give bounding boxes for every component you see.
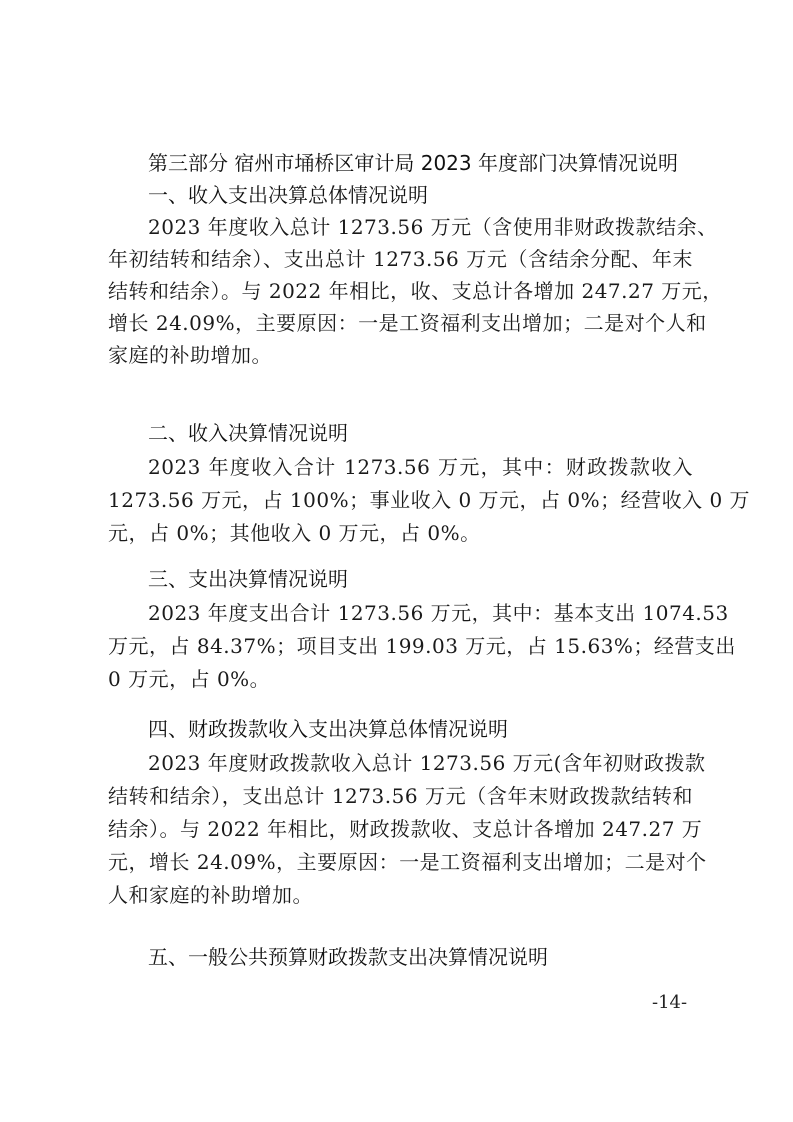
paragraph-line: 元，占 0%；其他收入 0 万元，占 0%。 <box>108 518 693 548</box>
paragraph-line: 1273.56 万元，占 100%；事业收入 0 万元，占 0%；经营收入 0 … <box>108 485 693 515</box>
part-title: 第三部分 宿州市埇桥区审计局 2023 年度部门决算情况说明 <box>148 148 693 178</box>
paragraph-line: 0 万元，占 0%。 <box>108 664 693 694</box>
paragraph-line: 年初结转和结余）、支出总计 1273.56 万元（含结余分配、年末 <box>108 244 693 274</box>
paragraph-line: 2023 年度财政拨款收入总计 1273.56 万元(含年初财政拨款 <box>148 748 693 778</box>
section-heading-3: 三、支出决算情况说明 <box>148 564 693 594</box>
paragraph-line: 增长 24.09%，主要原因：一是工资福利支出增加；二是对个人和 <box>108 308 693 338</box>
paragraph-line: 结转和结余）。与 2022 年相比，收、支总计各增加 247.27 万元， <box>108 276 693 306</box>
paragraph-line: 元，增长 24.09%，主要原因：一是工资福利支出增加；二是对个 <box>108 847 693 877</box>
document-page: 第三部分 宿州市埇桥区审计局 2023 年度部门决算情况说明 一、收入支出决算总… <box>0 0 793 1122</box>
paragraph-line: 人和家庭的补助增加。 <box>108 880 693 910</box>
paragraph-line: 2023 年度收入合计 1273.56 万元，其中：财政拨款收入 <box>148 452 693 482</box>
page-number: -14- <box>652 992 687 1013</box>
paragraph-line: 结余）。与 2022 年相比，财政拨款收、支总计各增加 247.27 万 <box>108 814 693 844</box>
section-heading-4: 四、财政拨款收入支出决算总体情况说明 <box>148 714 693 744</box>
paragraph-line: 2023 年度收入总计 1273.56 万元（含使用非财政拨款结余、 <box>148 212 693 242</box>
paragraph-line: 结转和结余），支出总计 1273.56 万元（含年末财政拨款结转和 <box>108 781 693 811</box>
section-heading-2: 二、收入决算情况说明 <box>148 418 693 448</box>
section-heading-1: 一、收入支出决算总体情况说明 <box>148 180 693 210</box>
paragraph-line: 家庭的补助增加。 <box>108 340 693 370</box>
paragraph-line: 2023 年度支出合计 1273.56 万元，其中：基本支出 1074.53 <box>148 598 693 628</box>
section-heading-5: 五、一般公共预算财政拨款支出决算情况说明 <box>148 942 693 972</box>
paragraph-line: 万元，占 84.37%；项目支出 199.03 万元，占 15.63%；经营支出 <box>108 631 693 661</box>
